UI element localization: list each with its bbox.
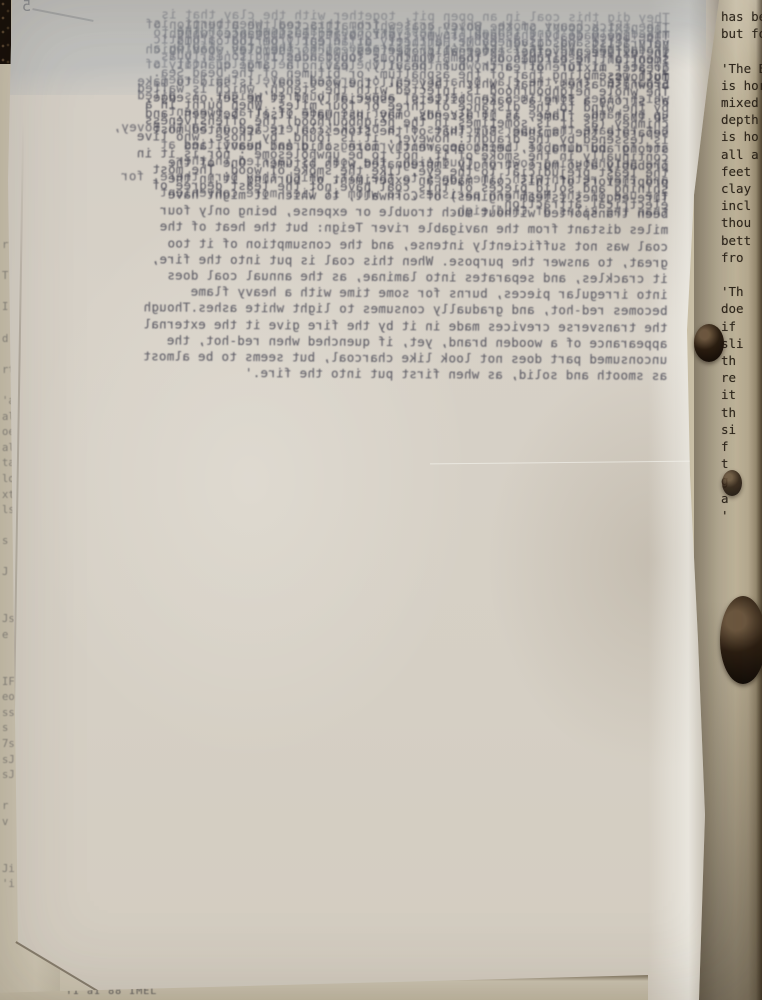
binder-ring-top: [694, 324, 724, 362]
paragraph-bovey-coal: 'The Bovey Coal is a dark brown, light, …: [145, 25, 670, 61]
binder-ring-middle: [722, 470, 742, 496]
binder-fabric-corner: [0, 0, 11, 64]
pencil-mark: [32, 8, 93, 21]
mirrored-text-layer: They dig this coal in an open pit, toget…: [91, 0, 670, 1000]
document-page-reverse: 5 They dig this coal in an open pit, tog…: [0, 0, 726, 1000]
photo-of-document: has be but fo 'The B is hor mixed depth …: [0, 0, 762, 1000]
page-number: 5: [22, 0, 31, 15]
page-stack-edge: [756, 0, 762, 1000]
binder-ring-bottom: [720, 596, 762, 684]
